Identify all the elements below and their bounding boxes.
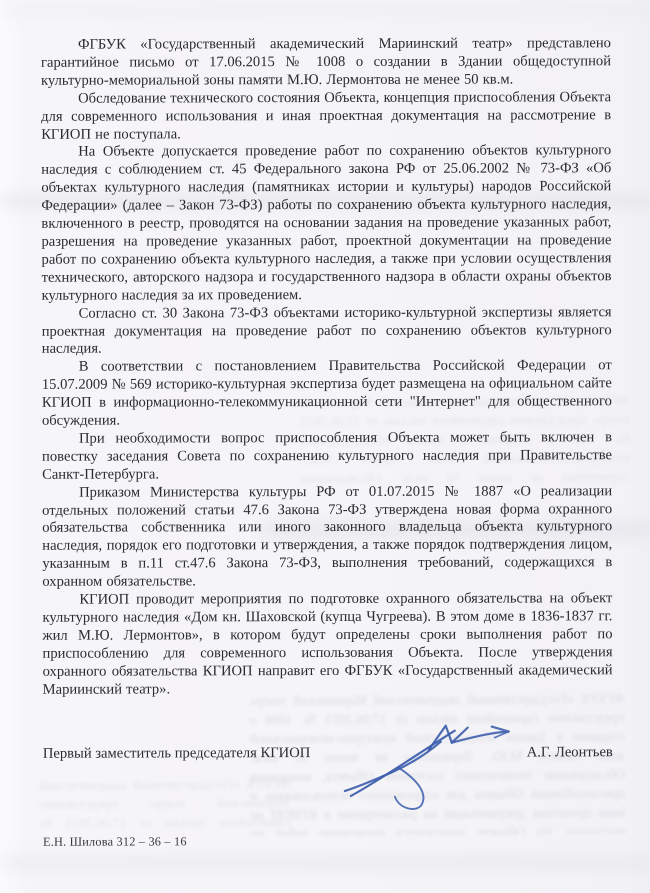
signer-name: А.Г. Леонтьев xyxy=(527,744,613,761)
document-paragraph: Приказом Министерства культуры РФ от 01.… xyxy=(42,483,612,592)
executor-footer: Е.Н. Шилова 312 – 36 – 16 xyxy=(43,834,187,849)
signer-position-label: Первый заместитель председателя КГИОП xyxy=(43,745,311,763)
document-paragraph: В соответствии с постановлением Правител… xyxy=(42,358,612,431)
document-paragraph: ФГБУК «Государственный академический Мар… xyxy=(41,35,611,90)
document-paragraph: Согласно ст. 30 Закона 73-ФЗ объектами и… xyxy=(42,304,612,359)
letter-body: ФГБУК «Государственный академический Мар… xyxy=(41,35,613,699)
scanned-letter-page: ФГБУК «Государственный академический Мар… xyxy=(0,0,650,893)
document-paragraph: При необходимости вопрос приспособления … xyxy=(42,429,612,484)
document-paragraph: На Объекте допускается проведение работ … xyxy=(41,143,611,306)
signature-block: Первый заместитель председателя КГИОП А.… xyxy=(43,744,613,762)
document-paragraph: КГИОП проводит мероприятия по подготовке… xyxy=(42,590,612,699)
document-paragraph: Обследование технического состояния Объе… xyxy=(41,89,611,144)
